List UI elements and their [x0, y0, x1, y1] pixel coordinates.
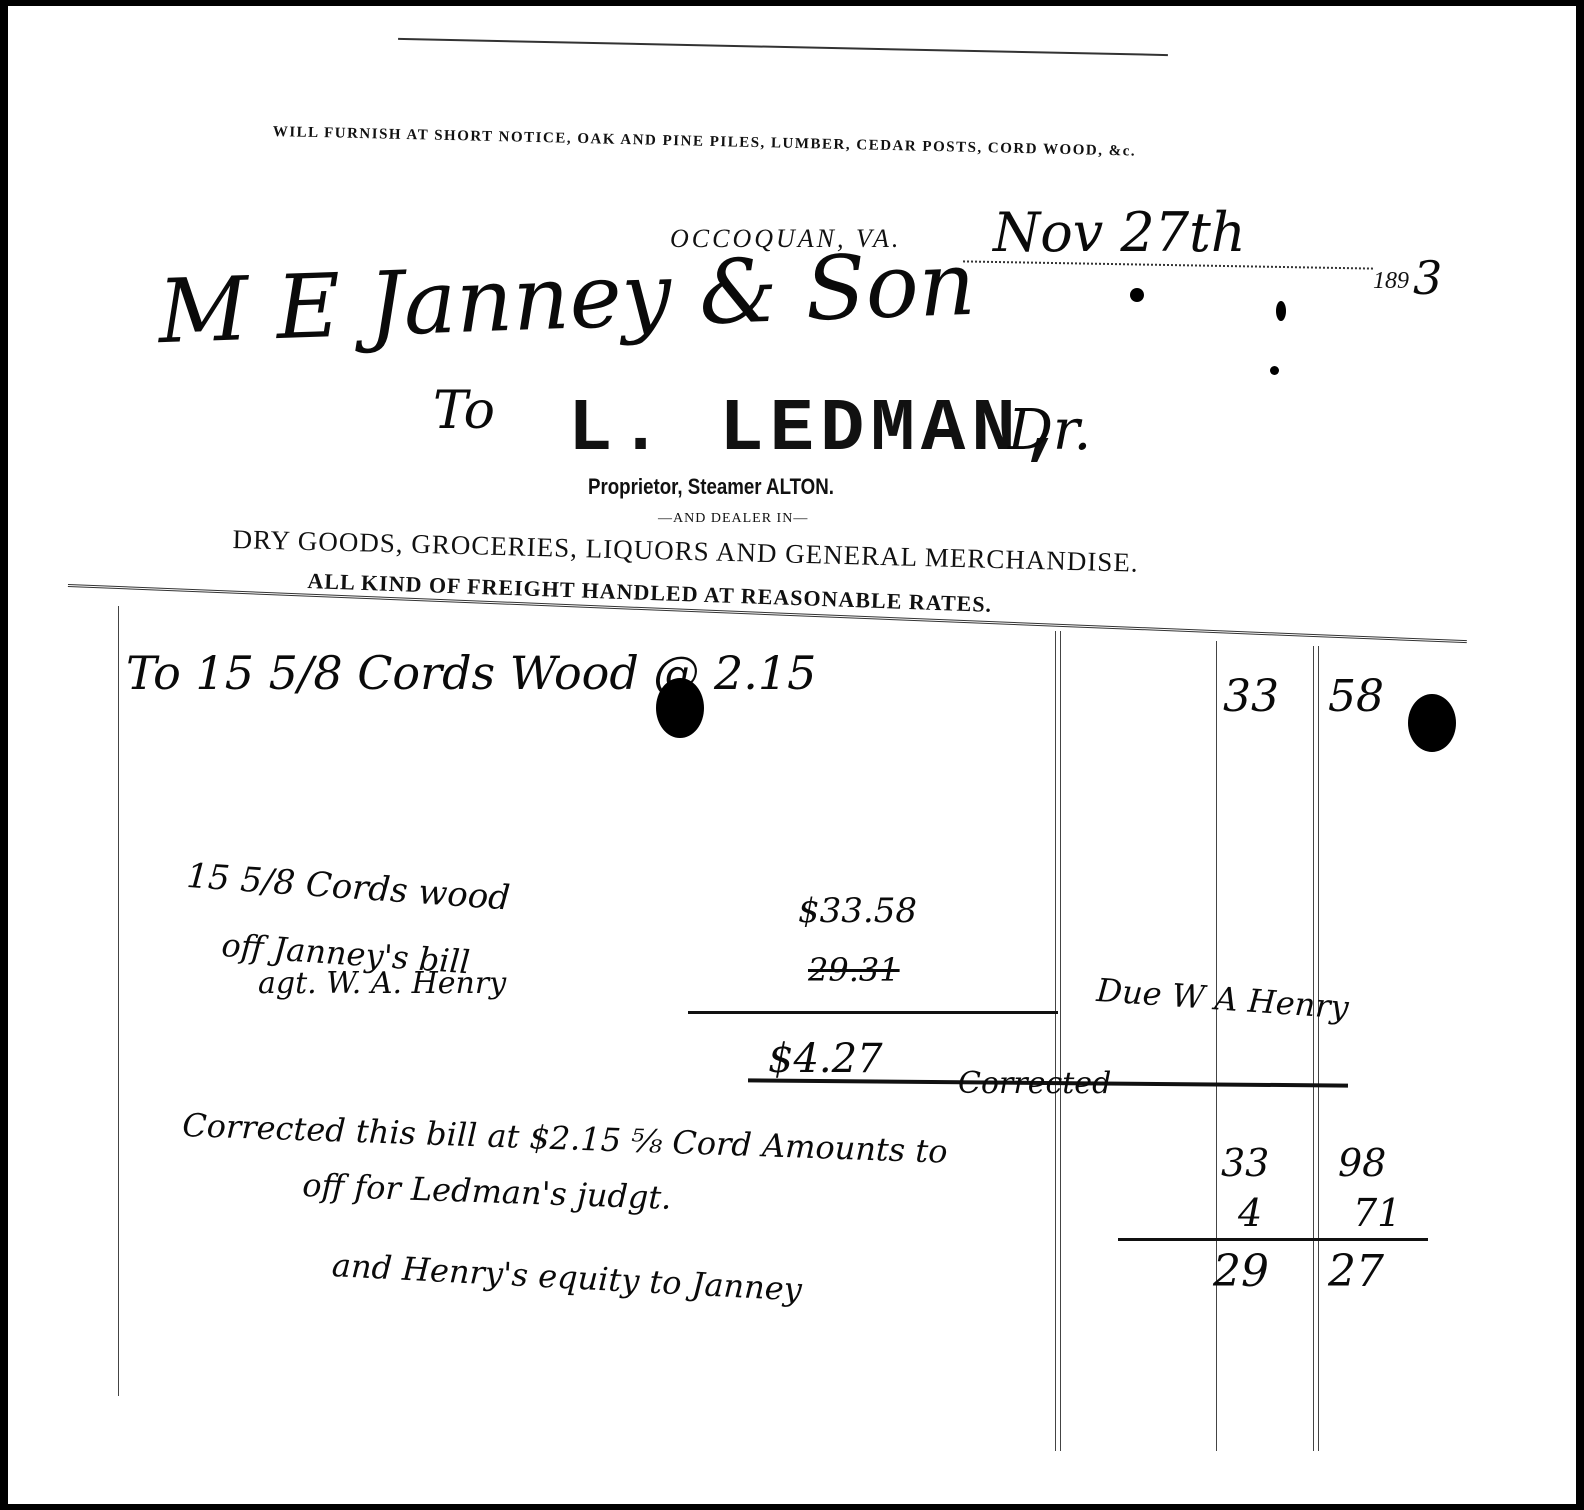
year-handwritten: 3	[1413, 251, 1442, 305]
note-cords-wood: 15 5/8 Cords wood	[185, 856, 511, 919]
customer-name: M E Janney & Son	[156, 232, 977, 363]
ledger-col-rule-2	[1060, 631, 1061, 1451]
ledger-col-rule-3	[1216, 641, 1217, 1451]
total-rule	[1118, 1238, 1428, 1241]
deduction-cents: 71	[1353, 1191, 1401, 1235]
line-item-dollars: 33	[1223, 671, 1279, 722]
corrected-mark: Corrected	[958, 1066, 1111, 1101]
note-due-henry: Due W A Henry	[1095, 971, 1350, 1027]
note-janney-bill-value: 29.31	[808, 951, 900, 989]
ledger-col-rule-5	[1318, 646, 1319, 1451]
total-dollars: 29	[1213, 1246, 1269, 1297]
correction-amount-dollars: 33	[1221, 1141, 1269, 1185]
ink-blot	[1130, 288, 1144, 302]
ink-blot	[656, 678, 704, 738]
ink-blot	[1270, 366, 1279, 375]
correction-amount-cents: 98	[1338, 1141, 1386, 1185]
deduction-dollars: 4	[1238, 1191, 1262, 1235]
year-prefix: 189	[1373, 268, 1409, 295]
ledger-col-rule-4	[1313, 646, 1314, 1451]
merchant-name: L. LEDMAN,	[568, 388, 1072, 472]
ink-blot	[1276, 301, 1286, 321]
note-agt-henry: agt. W. A. Henry	[258, 966, 506, 1001]
note-difference-value: $4.27	[768, 1036, 883, 1082]
ledger-left-rule	[118, 606, 119, 1396]
correction-line-1: Corrected this bill at $2.15 ⅝ Cord Amou…	[182, 1106, 948, 1171]
note-cords-wood-value: $33.58	[798, 891, 917, 931]
subtotal-rule	[688, 1011, 1058, 1014]
correction-line-2: off for Ledman's judgt.	[302, 1166, 672, 1217]
ledger-col-rule-1	[1055, 631, 1056, 1451]
line-item-description: To 15 5/8 Cords Wood @ 2.15	[126, 646, 816, 700]
correction-line-3: and Henry's equity to Janney	[331, 1246, 803, 1309]
dr-label: Dr.	[1008, 398, 1091, 463]
invoice-document: WILL FURNISH AT SHORT NOTICE, OAK AND PI…	[8, 6, 1576, 1504]
to-label: To	[433, 381, 495, 441]
ink-blot	[1408, 694, 1456, 752]
total-cents: 27	[1328, 1246, 1384, 1297]
furnish-line: WILL FURNISH AT SHORT NOTICE, OAK AND PI…	[273, 124, 1137, 161]
dealer-line: —AND DEALER IN—	[658, 511, 808, 527]
top-rule	[398, 38, 1168, 56]
line-item-cents: 58	[1328, 671, 1384, 722]
date-handwritten: Nov 27th	[993, 201, 1246, 264]
proprietor-line: Proprietor, Steamer ALTON.	[588, 474, 834, 500]
